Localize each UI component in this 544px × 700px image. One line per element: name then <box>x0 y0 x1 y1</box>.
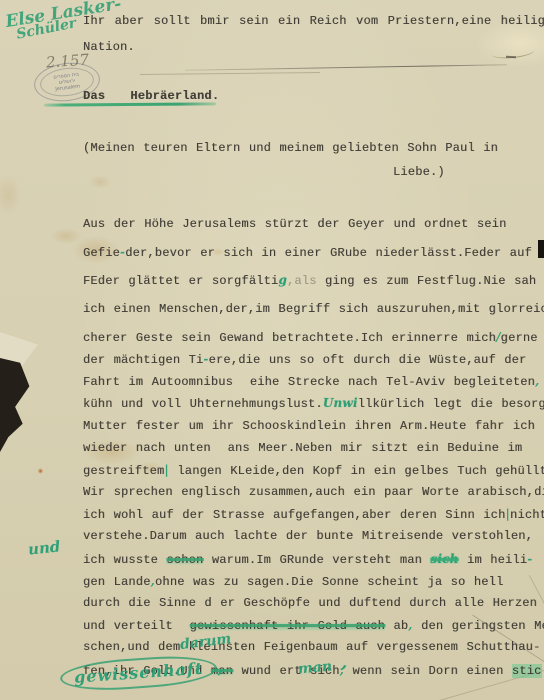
typed-line: und verteilt gewissenhaft ihr Gold auch … <box>83 614 544 636</box>
margin-annotation-und: und <box>27 537 61 558</box>
typed-line: FEder glättet er sorgfältig,als ging es … <box>83 269 544 291</box>
epigraph-line-2: Nation. <box>83 36 135 58</box>
typed-line: ich wusste schon warum.Im GRunde versteh… <box>83 548 544 570</box>
typed-line: Mutter fester um ihr Schooskindlein ihre… <box>83 415 544 437</box>
typed-line: Aus der Höhe Jerusalems stürzt der Geyer… <box>83 213 544 235</box>
typed-line: kühn und voll Uhternehmungslust.Unwillkü… <box>83 392 544 414</box>
pencil-line <box>185 64 507 71</box>
correction-man: man <box>297 659 332 678</box>
dedication-line-1: (Meinen teuren Eltern und meinem geliebt… <box>83 137 498 159</box>
manuscript-page: Else Lasker- Schüler 2.157 בית הספרים יר… <box>0 0 544 700</box>
typed-line: schen,und dem kleinsten Feigenbaum auf v… <box>83 636 544 658</box>
typed-line: gen Lande,ohne was zu sagen.Die Sonne sc… <box>83 570 544 592</box>
typed-line: der mächtigen Ti-ere,die uns so oft durc… <box>83 348 544 370</box>
typed-line: Gefie-der,bevor er sich in einer GRube n… <box>83 241 544 263</box>
rust-spot <box>38 468 43 474</box>
pencil-line-faint <box>140 72 320 75</box>
typed-line: ich wohl auf der Strasse aufgefangen,abe… <box>83 503 544 525</box>
typed-line: verstehe.Darum auch lachte der bunte Mit… <box>83 525 544 547</box>
typed-line: cherer Geste sein Gewand betrachtete.Ich… <box>83 326 544 348</box>
typed-line: gestreiftem| langen KLeide,den Kopf in e… <box>83 459 544 481</box>
typed-line: wieder nach unten ans Meer.Neben mir sit… <box>83 437 544 459</box>
typed-line: Wir sprechen englisch zusammen,auch ein … <box>83 481 544 503</box>
dedication-line-2: Liebe.) <box>393 161 445 183</box>
typed-line: durch die Sinne d er Geschöpfe und dufte… <box>83 592 544 614</box>
typed-line: Fahrt im Autoomnibus eihe Strecke nach T… <box>83 370 544 392</box>
epigraph-line-1: Ihr aber sollt bmir sein ein Reich vom P… <box>83 10 544 32</box>
body-lines: Aus der Höhe Jerusalems stürzt der Geyer… <box>83 213 544 681</box>
torn-edge-left <box>0 358 42 452</box>
typed-line: ich einen Menschen,der,im Begriff sich a… <box>83 298 544 320</box>
circled-suffix: , <box>216 656 224 677</box>
